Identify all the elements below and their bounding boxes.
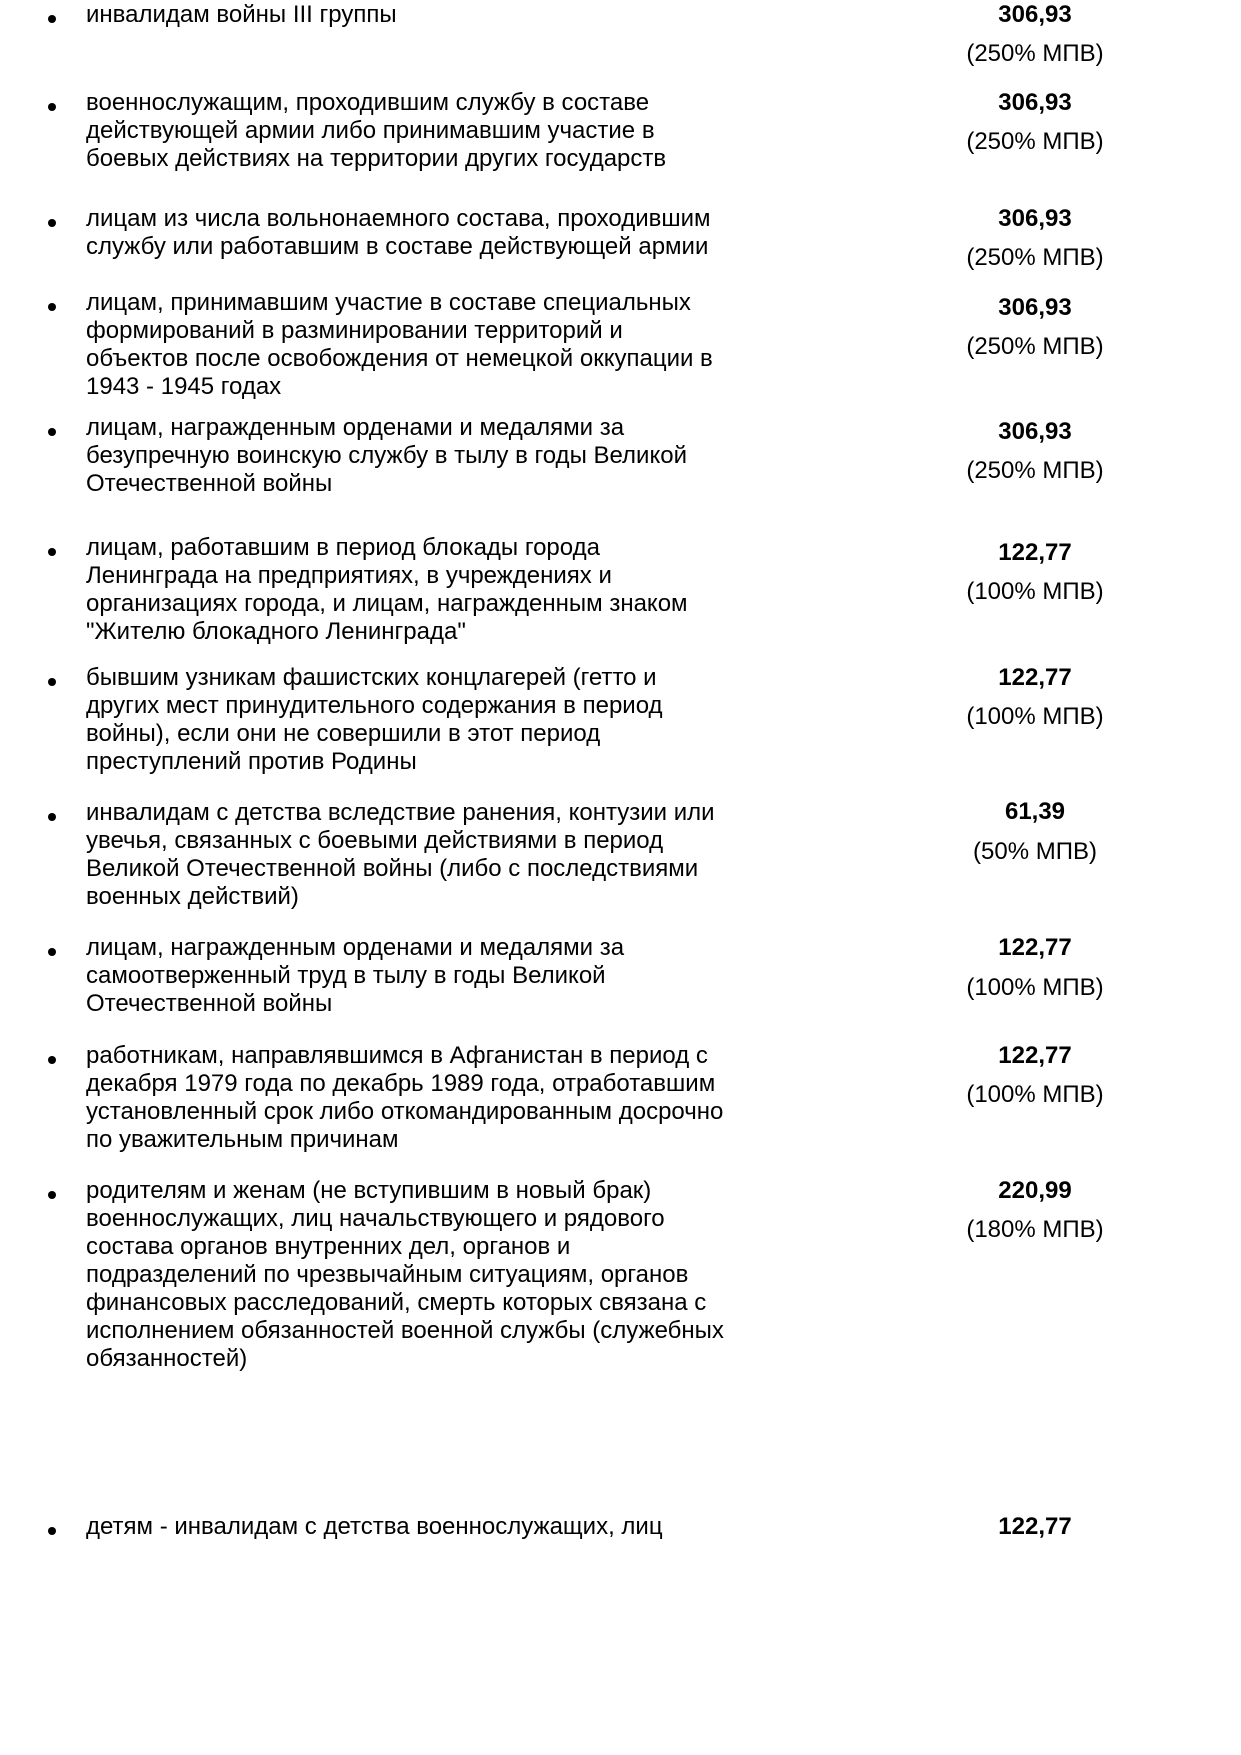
entry-amount: 220,99 <box>935 1177 1135 1205</box>
entry-description: бывшим узникам фашистских концлагерей (г… <box>86 664 826 776</box>
bullet-icon <box>48 678 56 686</box>
bullet-icon <box>48 15 56 23</box>
entry-description: инвалидам с детства вследствие ранения, … <box>86 799 826 911</box>
entry-description: лицам из числа вольнонаемного состава, п… <box>86 205 826 261</box>
bullet-icon <box>48 548 56 556</box>
entry-amount: 122,77 <box>935 539 1135 567</box>
entry-percent: (180% МПВ) <box>935 1216 1135 1244</box>
entry-amount: 122,77 <box>935 1513 1135 1541</box>
bullet-icon <box>48 428 56 436</box>
entry-percent: (50% МПВ) <box>935 838 1135 866</box>
entry-description: военнослужащим, проходившим службу в сос… <box>86 89 826 173</box>
entry-description: лицам, награжденным орденами и медалями … <box>86 414 826 498</box>
bullet-icon <box>48 1527 56 1535</box>
entry-amount: 122,77 <box>935 664 1135 692</box>
entry-percent: (250% МПВ) <box>935 457 1135 485</box>
entry-description: родителям и женам (не вступившим в новый… <box>86 1177 826 1373</box>
entry-description: лицам, награжденным орденами и медалями … <box>86 934 826 1018</box>
bullet-icon <box>48 813 56 821</box>
entry-percent: (100% МПВ) <box>935 974 1135 1002</box>
entry-description: работникам, направлявшимся в Афганистан … <box>86 1042 826 1154</box>
entry-percent: (100% МПВ) <box>935 1081 1135 1109</box>
entry-amount: 306,93 <box>935 418 1135 446</box>
entry-percent: (250% МПВ) <box>935 40 1135 68</box>
entry-description: инвалидам войны III группы <box>86 1 826 29</box>
bullet-icon <box>48 219 56 227</box>
entry-percent: (100% МПВ) <box>935 578 1135 606</box>
entry-amount: 122,77 <box>935 1042 1135 1070</box>
entry-amount: 306,93 <box>935 1 1135 29</box>
bullet-icon <box>48 1056 56 1064</box>
entry-description: лицам, принимавшим участие в составе спе… <box>86 289 826 401</box>
entry-description: лицам, работавшим в период блокады город… <box>86 534 826 646</box>
entry-description: детям - инвалидам с детства военнослужащ… <box>86 1513 826 1541</box>
entry-amount: 306,93 <box>935 294 1135 322</box>
entry-percent: (250% МПВ) <box>935 244 1135 272</box>
entry-percent: (250% МПВ) <box>935 333 1135 361</box>
entry-amount: 306,93 <box>935 89 1135 117</box>
bullet-icon <box>48 103 56 111</box>
entry-percent: (100% МПВ) <box>935 703 1135 731</box>
bullet-icon <box>48 1191 56 1199</box>
bullet-icon <box>48 303 56 311</box>
entry-percent: (250% МПВ) <box>935 128 1135 156</box>
entry-amount: 122,77 <box>935 934 1135 962</box>
bullet-icon <box>48 948 56 956</box>
entry-amount: 61,39 <box>935 798 1135 826</box>
entry-amount: 306,93 <box>935 205 1135 233</box>
